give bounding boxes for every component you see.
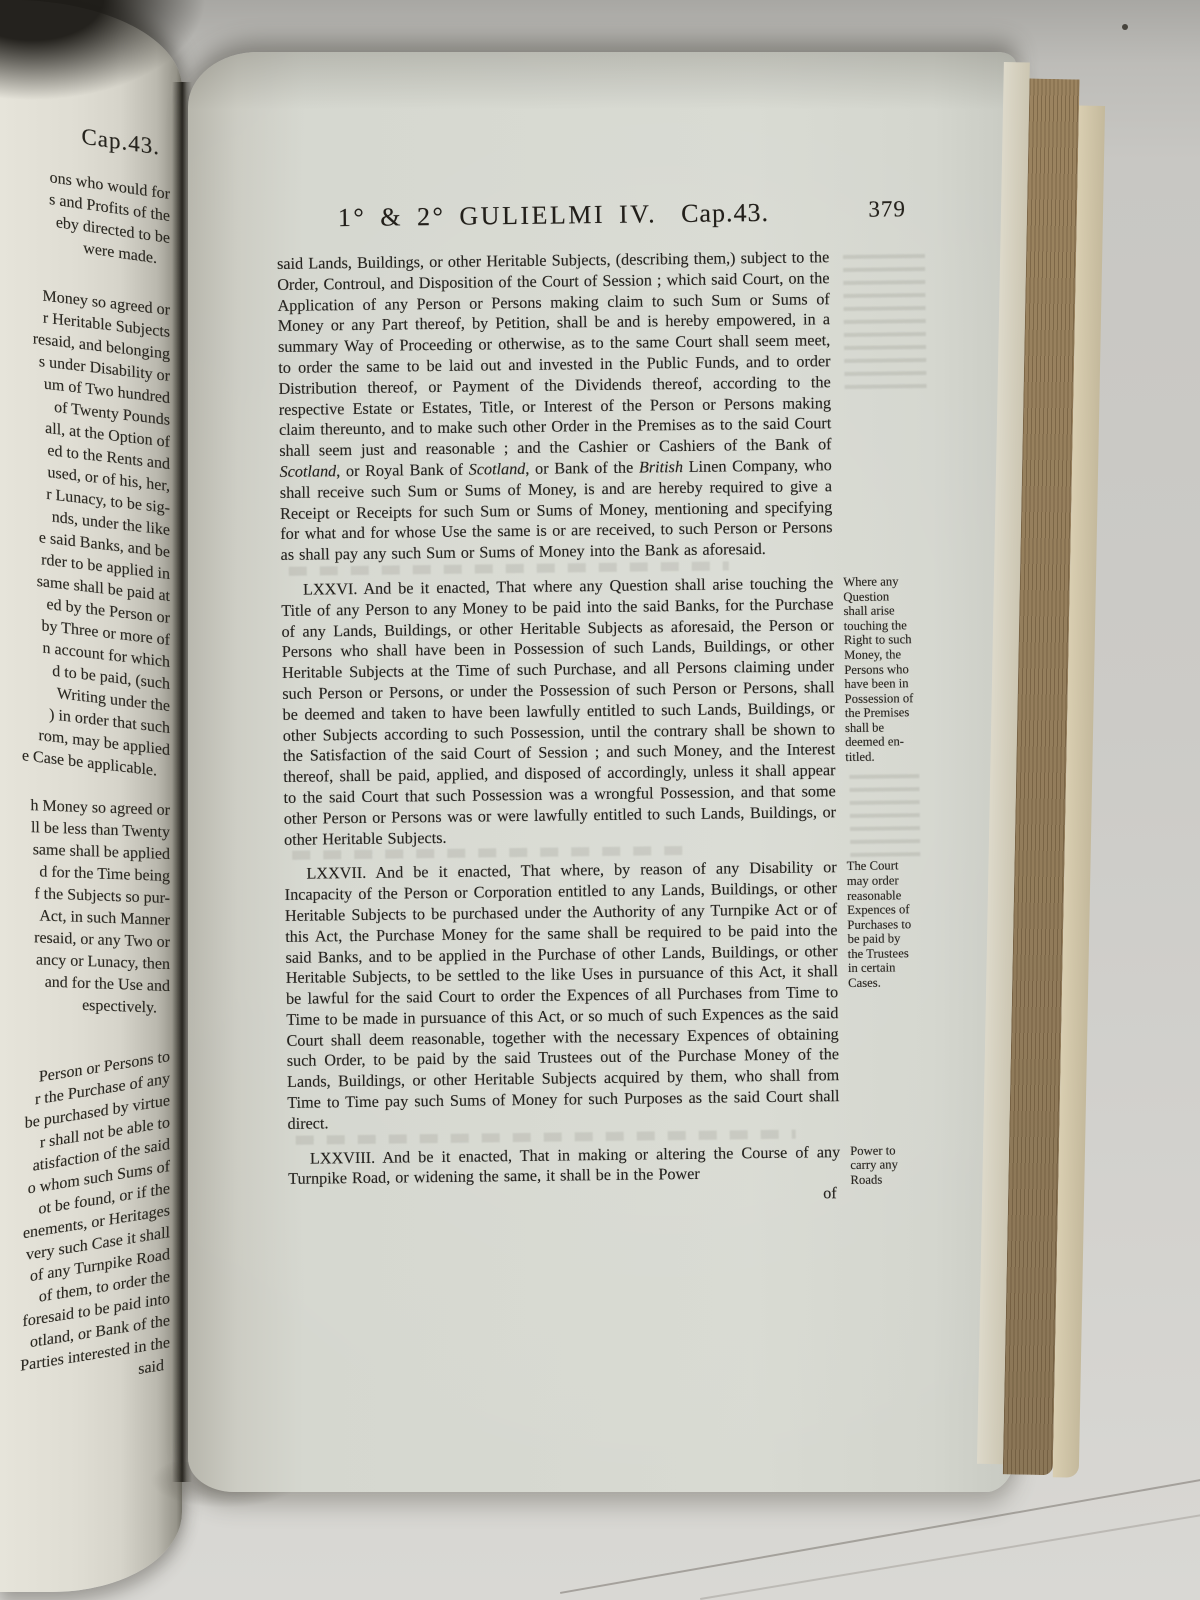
left-page-lines: ons who would fors and Profits of theeby… bbox=[0, 153, 170, 272]
paragraph-lxxvi: LXXVI. And be it enacted, That where any… bbox=[281, 573, 836, 850]
left-page-running-header: Cap.43. bbox=[0, 103, 170, 164]
left-page-text-lower-mid: h Money so agreed orll be less than Twen… bbox=[0, 792, 170, 1020]
paragraph-row-lxxvi: LXXVI. And be it enacted, That where any… bbox=[281, 572, 922, 850]
running-header: 1° & 2° GULIELMI IV.Cap.43. 379 bbox=[276, 195, 830, 236]
paragraph-lxxvii: LXXVII. And be it enacted, That where, b… bbox=[284, 857, 839, 1134]
left-page-text-top: Cap.43. ons who would fors and Profits o… bbox=[0, 103, 170, 272]
page-text-block: 1° & 2° GULIELMI IV.Cap.43. 379 said Lan… bbox=[276, 194, 926, 1225]
margin-note-lxxvii: The Courtmay orderreasonableExpences ofP… bbox=[847, 856, 926, 1127]
margin-note-lxxviii: Power tocarry anyRoads bbox=[850, 1141, 927, 1204]
paragraph-lxxviii-text: LXXVIII. And be it enacted, That in maki… bbox=[288, 1143, 840, 1189]
page-title: 1° & 2° GULIELMI IV.Cap.43. bbox=[276, 195, 830, 236]
showthrough-ghost bbox=[849, 774, 920, 857]
main-page: 1° & 2° GULIELMI IV.Cap.43. 379 said Lan… bbox=[188, 52, 1016, 1492]
left-page-text-upper-mid: Money so agreed orr Heritable Subjectsre… bbox=[0, 274, 170, 784]
paragraph-continuation: said Lands, Buildings, or other Heritabl… bbox=[277, 247, 833, 566]
paragraph-row-continuation: said Lands, Buildings, or other Heritabl… bbox=[277, 246, 919, 566]
top-left-corner-shadow bbox=[0, 0, 212, 104]
left-page-text-bottom: Person or Persons tor the Purchase of an… bbox=[0, 1046, 170, 1411]
catchword: of bbox=[288, 1183, 840, 1211]
page-number: 379 bbox=[868, 196, 906, 222]
paragraph-row-lxxviii: LXXVIII. And be it enacted, That in maki… bbox=[288, 1141, 927, 1211]
paragraph-lxxviii: LXXVIII. And be it enacted, That in maki… bbox=[288, 1142, 841, 1211]
chapter-label: Cap.43. bbox=[681, 198, 769, 228]
table-speck bbox=[1122, 24, 1128, 30]
book-photo-scene: Cap.43. ons who would fors and Profits o… bbox=[0, 0, 1200, 1600]
paragraph-row-lxxvii: LXXVII. And be it enacted, That where, b… bbox=[284, 856, 925, 1134]
regnal-year-title: 1° & 2° GULIELMI IV. bbox=[338, 199, 658, 232]
left-page: Cap.43. ons who would fors and Profits o… bbox=[0, 0, 182, 1592]
showthrough-ghost bbox=[843, 254, 927, 389]
